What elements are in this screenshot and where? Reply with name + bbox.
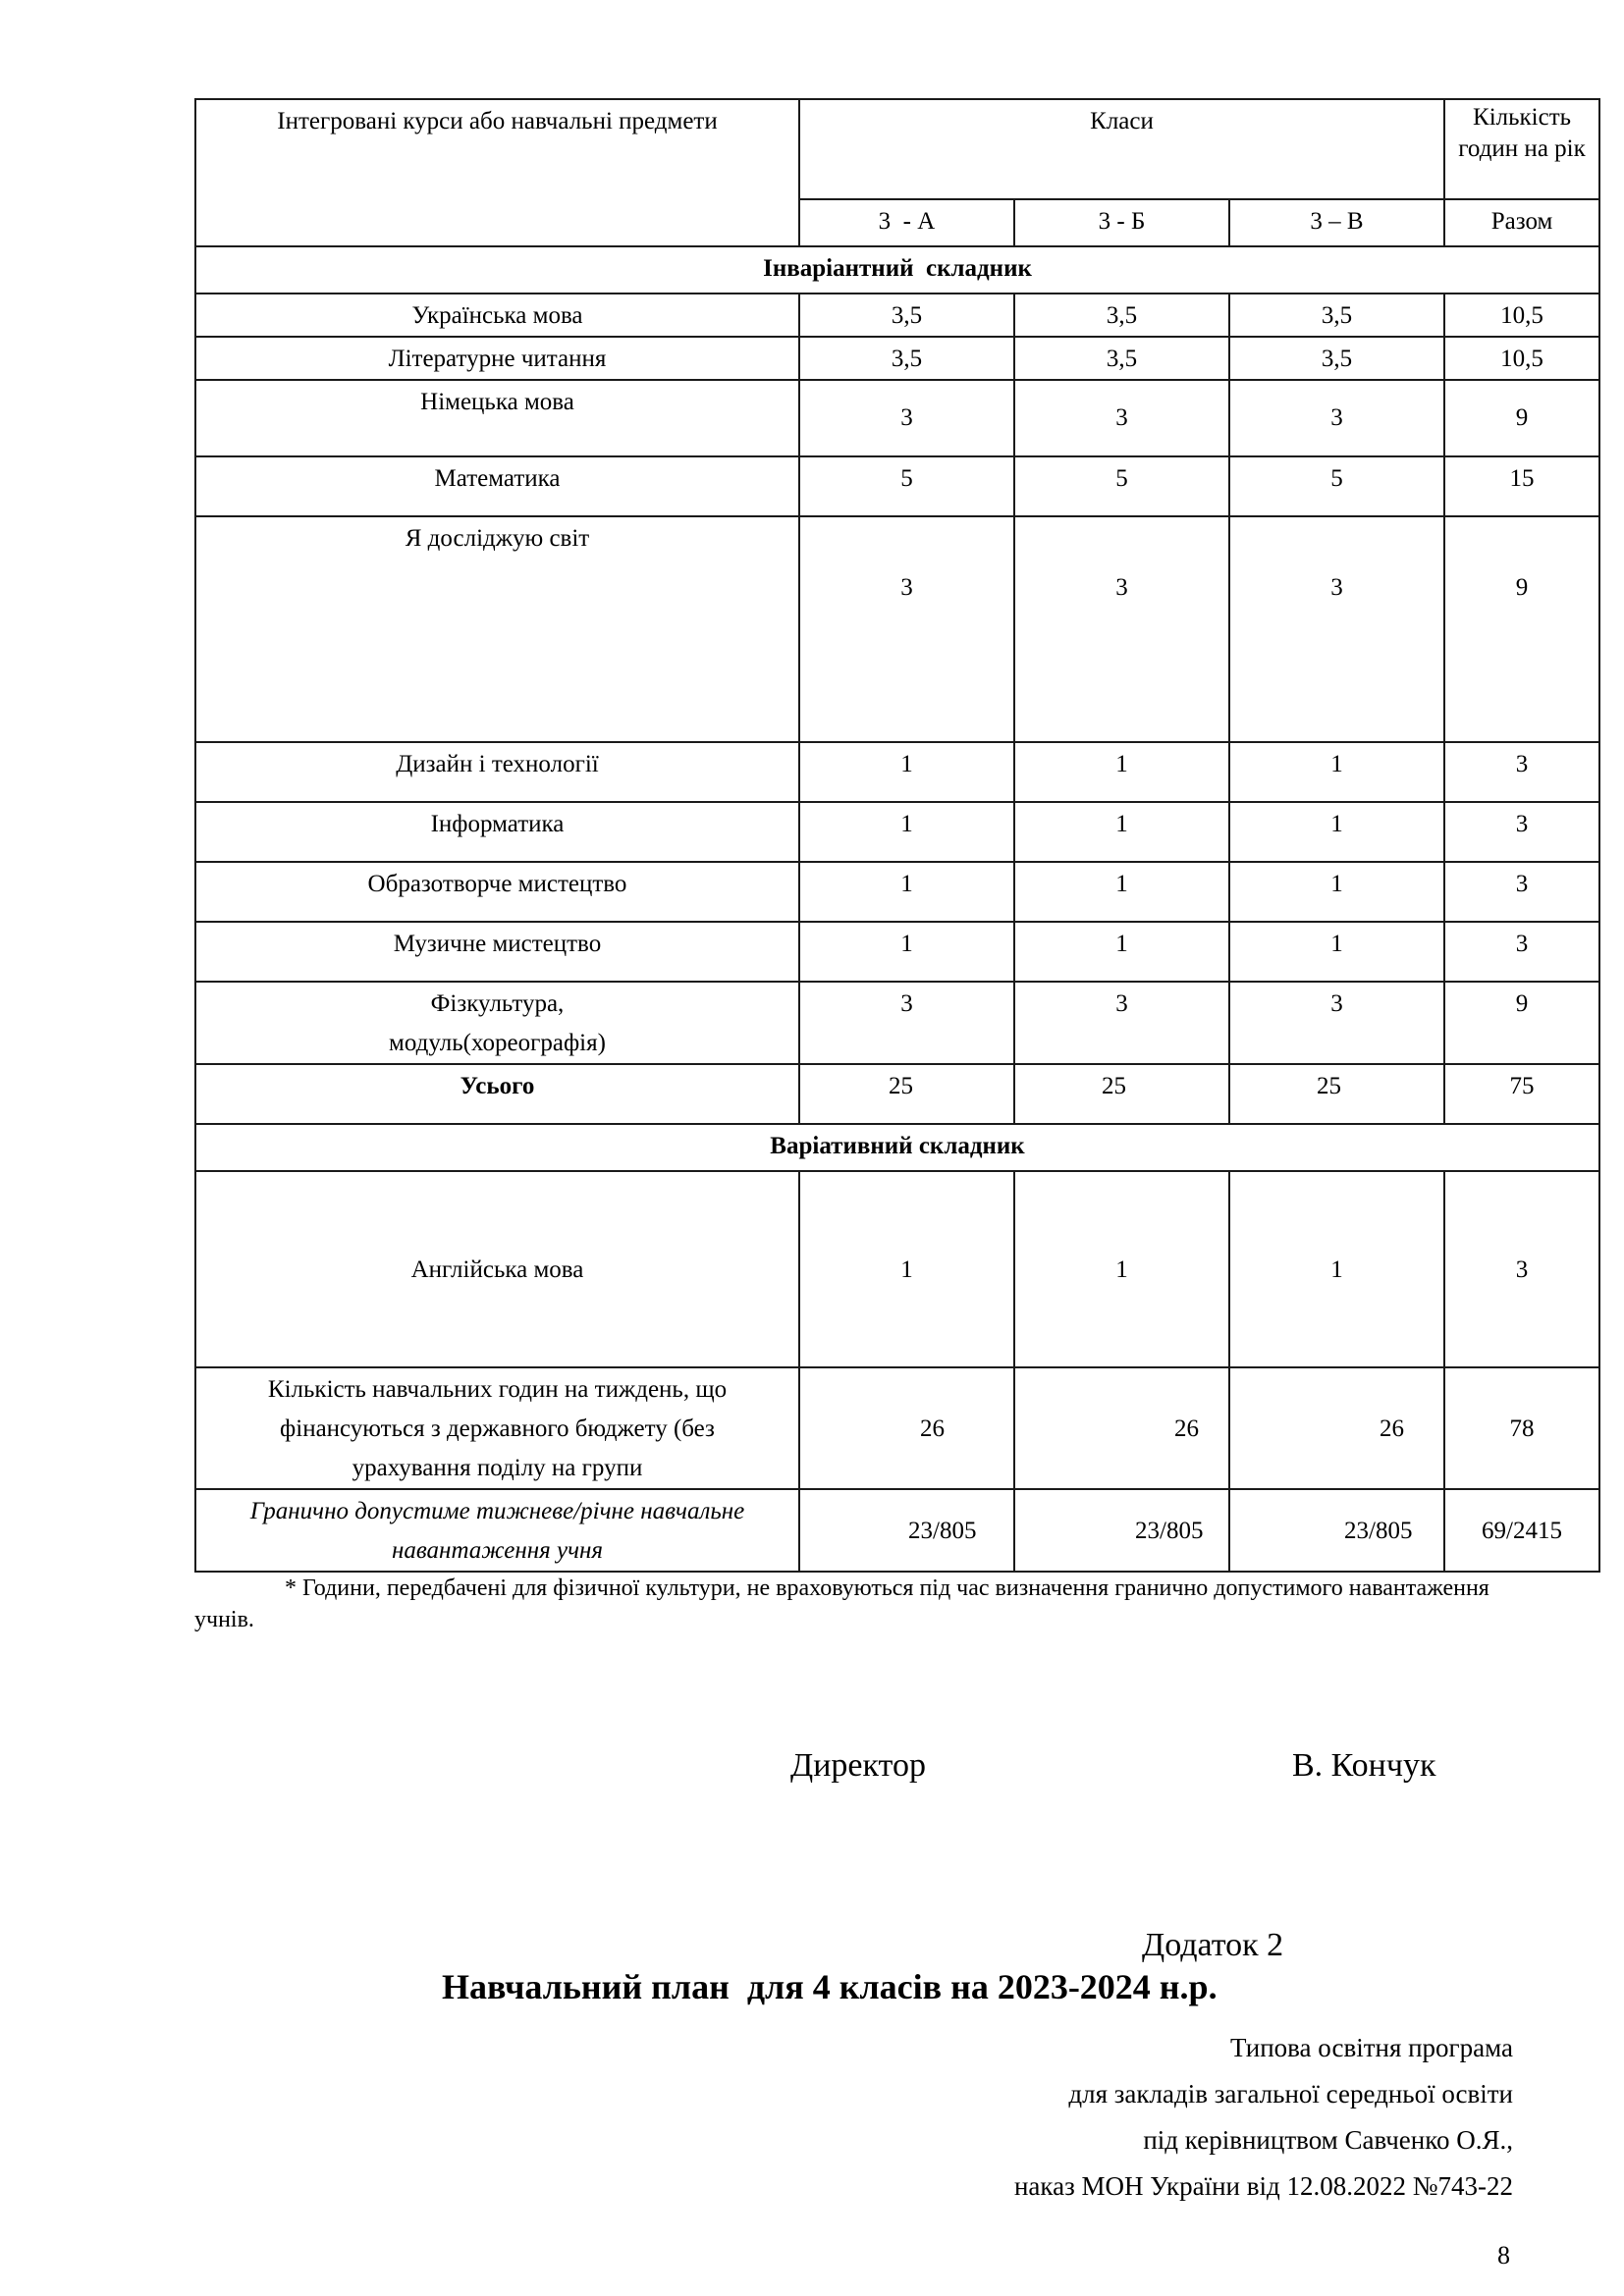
value-total: 9: [1444, 380, 1599, 456]
subject-cell: Я досліджую світ: [195, 516, 799, 742]
footnote: * Години, передбачені для фізичної культ…: [194, 1573, 1530, 1635]
table-row: Німецька мова 3 3 3 9: [195, 380, 1599, 456]
subject-cell: Музичне мистецтво: [195, 922, 799, 982]
value-total: 3: [1444, 862, 1599, 922]
value-class-b: 5: [1014, 456, 1229, 516]
value-class-v: 1: [1229, 802, 1444, 862]
value-class-v: 1: [1229, 1171, 1444, 1367]
value-total: 3: [1444, 1171, 1599, 1367]
value-total: 10,5: [1444, 294, 1599, 337]
value-class-v: 1: [1229, 922, 1444, 982]
program-line: під керівництвом Савченко О.Я.,: [1014, 2117, 1513, 2163]
value-class-v: 25: [1229, 1064, 1444, 1124]
value-total: 9: [1444, 516, 1599, 742]
section-invariant: Інваріантний складник: [195, 246, 1599, 294]
load-limit-row: Гранично допустиме тижневе/річне навчаль…: [195, 1489, 1599, 1572]
subject-cell: Інформатика: [195, 802, 799, 862]
value-total: 78: [1444, 1367, 1599, 1489]
header-class-b: 3 - Б: [1014, 199, 1229, 246]
signature-name: В. Кончук: [1292, 1747, 1435, 1785]
table-row: Дизайн і технології 1 1 1 3: [195, 742, 1599, 802]
header-class-a: 3 - А: [799, 199, 1014, 246]
subject-cell: Дизайн і технології: [195, 742, 799, 802]
value-total: 3: [1444, 742, 1599, 802]
value-class-v: 26: [1229, 1367, 1444, 1489]
value-class-v: 3: [1229, 982, 1444, 1064]
subtotal-row: Усього 25 25 25 75: [195, 1064, 1599, 1124]
value-class-b: 23/805: [1014, 1489, 1229, 1572]
value-class-b: 3,5: [1014, 294, 1229, 337]
value-class-v: 3,5: [1229, 337, 1444, 380]
signature-title: Директор: [790, 1747, 926, 1785]
subject-cell: Математика: [195, 456, 799, 516]
program-line: наказ МОН України від 12.08.2022 №743-22: [1014, 2163, 1513, 2210]
program-line: Типова освітня програма: [1014, 2025, 1513, 2071]
section-title: Варіативний складник: [195, 1124, 1599, 1171]
value-class-a: 25: [799, 1064, 1014, 1124]
table-row: Фізкультура, модуль(хореографія) 3 3 3 9: [195, 982, 1599, 1064]
section-title: Інваріантний складник: [195, 246, 1599, 294]
value-total: 3: [1444, 802, 1599, 862]
value-class-b: 3: [1014, 982, 1229, 1064]
value-class-a: 23/805: [799, 1489, 1014, 1572]
value-class-v: 3,5: [1229, 294, 1444, 337]
table-row: Англійська мова 1 1 1 3: [195, 1171, 1599, 1367]
value-class-v: 3: [1229, 516, 1444, 742]
subtotal-label: Усього: [195, 1064, 799, 1124]
subject-cell: Літературне читання: [195, 337, 799, 380]
value-class-a: 1: [799, 742, 1014, 802]
plan-title: Навчальний план для 4 класів на 2023-202…: [442, 1966, 1218, 2007]
header-classes: Класи: [799, 99, 1444, 199]
program-reference: Типова освітня програма для закладів заг…: [1014, 2025, 1513, 2210]
subject-cell: Образотворче мистецтво: [195, 862, 799, 922]
value-class-b: 1: [1014, 742, 1229, 802]
value-total: 69/2415: [1444, 1489, 1599, 1572]
value-class-a: 26: [799, 1367, 1014, 1489]
header-class-v: 3 – В: [1229, 199, 1444, 246]
value-class-a: 3,5: [799, 294, 1014, 337]
value-class-b: 1: [1014, 1171, 1229, 1367]
value-class-a: 5: [799, 456, 1014, 516]
value-class-v: 5: [1229, 456, 1444, 516]
value-class-v: 1: [1229, 742, 1444, 802]
value-class-b: 3: [1014, 380, 1229, 456]
value-class-b: 1: [1014, 862, 1229, 922]
subject-cell: Англійська мова: [195, 1171, 799, 1367]
table-row: Я досліджую світ 3 3 3 9: [195, 516, 1599, 742]
subject-cell: Фізкультура, модуль(хореографія): [195, 982, 799, 1064]
value-class-a: 1: [799, 922, 1014, 982]
table-header-row: Інтегровані курси або навчальні предмети…: [195, 99, 1599, 199]
value-class-a: 1: [799, 802, 1014, 862]
value-class-b: 1: [1014, 922, 1229, 982]
value-class-b: 25: [1014, 1064, 1229, 1124]
value-total: 10,5: [1444, 337, 1599, 380]
funded-hours-label: Кількість навчальних годин на тиждень, щ…: [195, 1367, 799, 1489]
value-class-a: 1: [799, 1171, 1014, 1367]
table-row: Математика 5 5 5 15: [195, 456, 1599, 516]
value-total: 15: [1444, 456, 1599, 516]
funded-hours-row: Кількість навчальних годин на тиждень, щ…: [195, 1367, 1599, 1489]
value-class-a: 3,5: [799, 337, 1014, 380]
table-row: Українська мова 3,5 3,5 3,5 10,5: [195, 294, 1599, 337]
section-variative: Варіативний складник: [195, 1124, 1599, 1171]
page-number: 8: [1497, 2241, 1510, 2270]
value-class-v: 3: [1229, 380, 1444, 456]
header-hours-per-year: Кількість годин на рік: [1444, 99, 1599, 199]
value-class-b: 3,5: [1014, 337, 1229, 380]
table-row: Музичне мистецтво 1 1 1 3: [195, 922, 1599, 982]
value-class-a: 3: [799, 516, 1014, 742]
subject-cell: Українська мова: [195, 294, 799, 337]
value-class-b: 3: [1014, 516, 1229, 742]
header-total: Разом: [1444, 199, 1599, 246]
value-class-b: 1: [1014, 802, 1229, 862]
value-class-v: 1: [1229, 862, 1444, 922]
value-class-a: 3: [799, 982, 1014, 1064]
curriculum-table: Інтегровані курси або навчальні предмети…: [194, 98, 1600, 1573]
subject-cell: Німецька мова: [195, 380, 799, 456]
program-line: для закладів загальної середньої освіти: [1014, 2071, 1513, 2117]
table-row: Інформатика 1 1 1 3: [195, 802, 1599, 862]
value-class-a: 3: [799, 380, 1014, 456]
table-row: Літературне читання 3,5 3,5 3,5 10,5: [195, 337, 1599, 380]
value-class-v: 23/805: [1229, 1489, 1444, 1572]
subject-line: модуль(хореографія): [202, 1024, 792, 1063]
value-total: 3: [1444, 922, 1599, 982]
value-total: 9: [1444, 982, 1599, 1064]
appendix-label: Додаток 2: [1142, 1927, 1283, 1964]
subject-line: Фізкультура,: [202, 985, 792, 1024]
value-class-b: 26: [1014, 1367, 1229, 1489]
load-limit-label: Гранично допустиме тижневе/річне навчаль…: [195, 1489, 799, 1572]
value-total: 75: [1444, 1064, 1599, 1124]
table-row: Образотворче мистецтво 1 1 1 3: [195, 862, 1599, 922]
header-subjects: Інтегровані курси або навчальні предмети: [195, 99, 799, 246]
value-class-a: 1: [799, 862, 1014, 922]
